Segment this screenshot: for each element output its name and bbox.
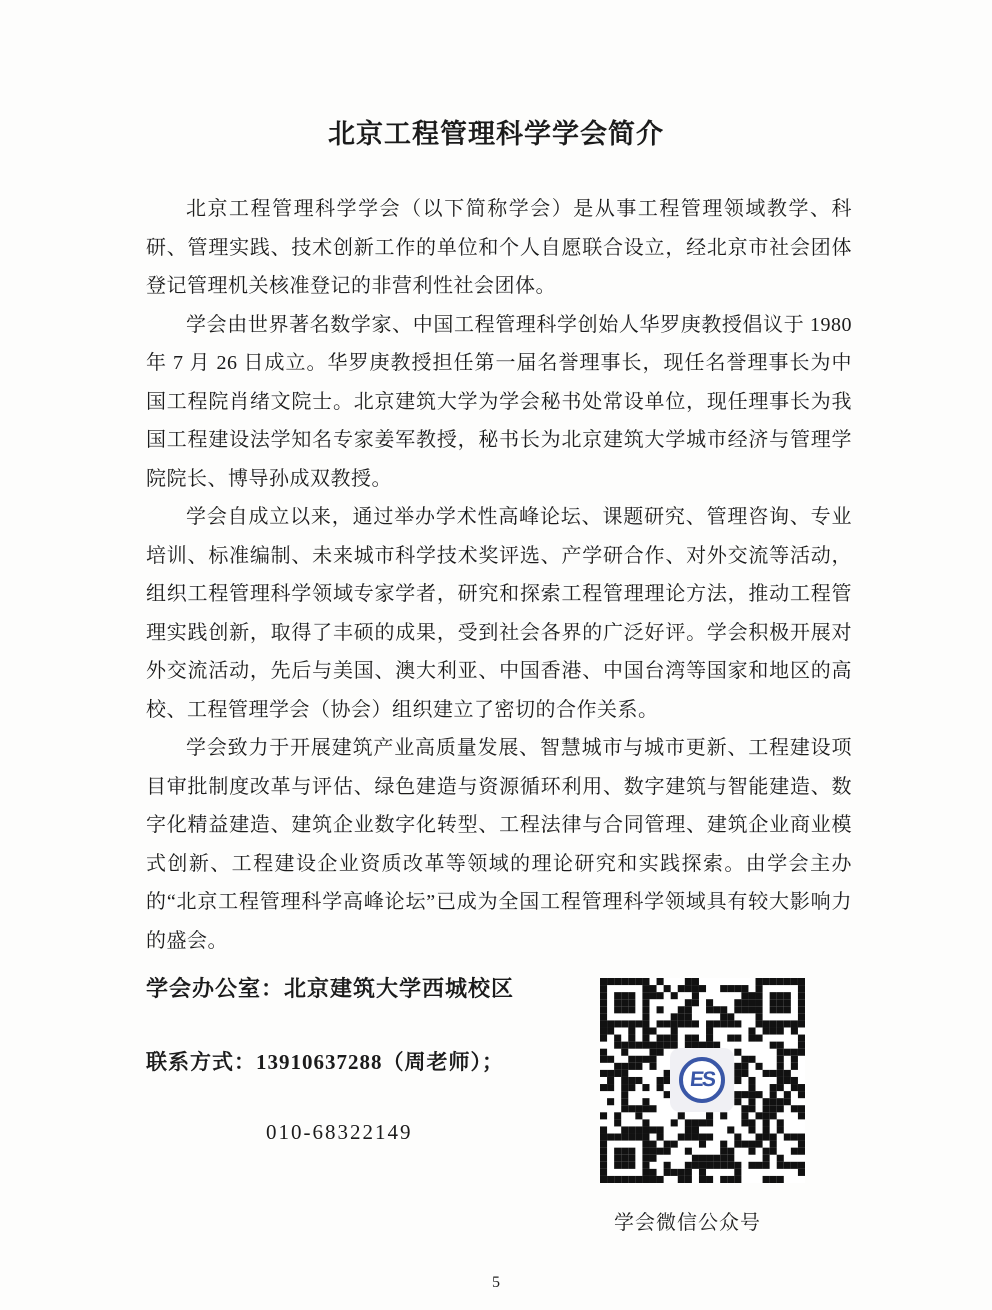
page-title: 北京工程管理科学学会简介	[0, 112, 992, 151]
paragraph-intro: 北京工程管理科学学会（以下简称学会）是从事工程管理领域教学、科研、管理实践、技术…	[146, 190, 852, 306]
society-logo-monogram: ES	[689, 1068, 716, 1092]
body-text: 北京工程管理科学学会（以下简称学会）是从事工程管理领域教学、科研、管理实践、技术…	[146, 190, 852, 960]
paragraph-activities: 学会自成立以来，通过举办学术性高峰论坛、课题研究、管理咨询、专业培训、标准编制、…	[146, 498, 852, 729]
wechat-qr-code: ES	[600, 978, 805, 1183]
contact-phone-line: 联系方式：13910637288（周老师）；	[146, 1046, 504, 1076]
page-number: 5	[0, 1274, 992, 1292]
office-address-line: 学会办公室：北京建筑大学西城校区	[146, 972, 514, 1003]
landline-number: 010-68322149	[266, 1120, 413, 1145]
qr-caption: 学会微信公众号	[614, 1206, 761, 1235]
document-page: 北京工程管理科学学会简介 北京工程管理科学学会（以下简称学会）是从事工程管理领域…	[0, 0, 992, 1310]
paragraph-focus: 学会致力于开展建筑产业高质量发展、智慧城市与城市更新、工程建设项目审批制度改革与…	[146, 729, 852, 960]
paragraph-history: 学会由世界著名数学家、中国工程管理科学创始人华罗庚教授倡议于 1980 年 7 …	[146, 306, 852, 499]
society-logo: ES	[670, 1048, 734, 1112]
society-logo-circle: ES	[679, 1057, 725, 1103]
